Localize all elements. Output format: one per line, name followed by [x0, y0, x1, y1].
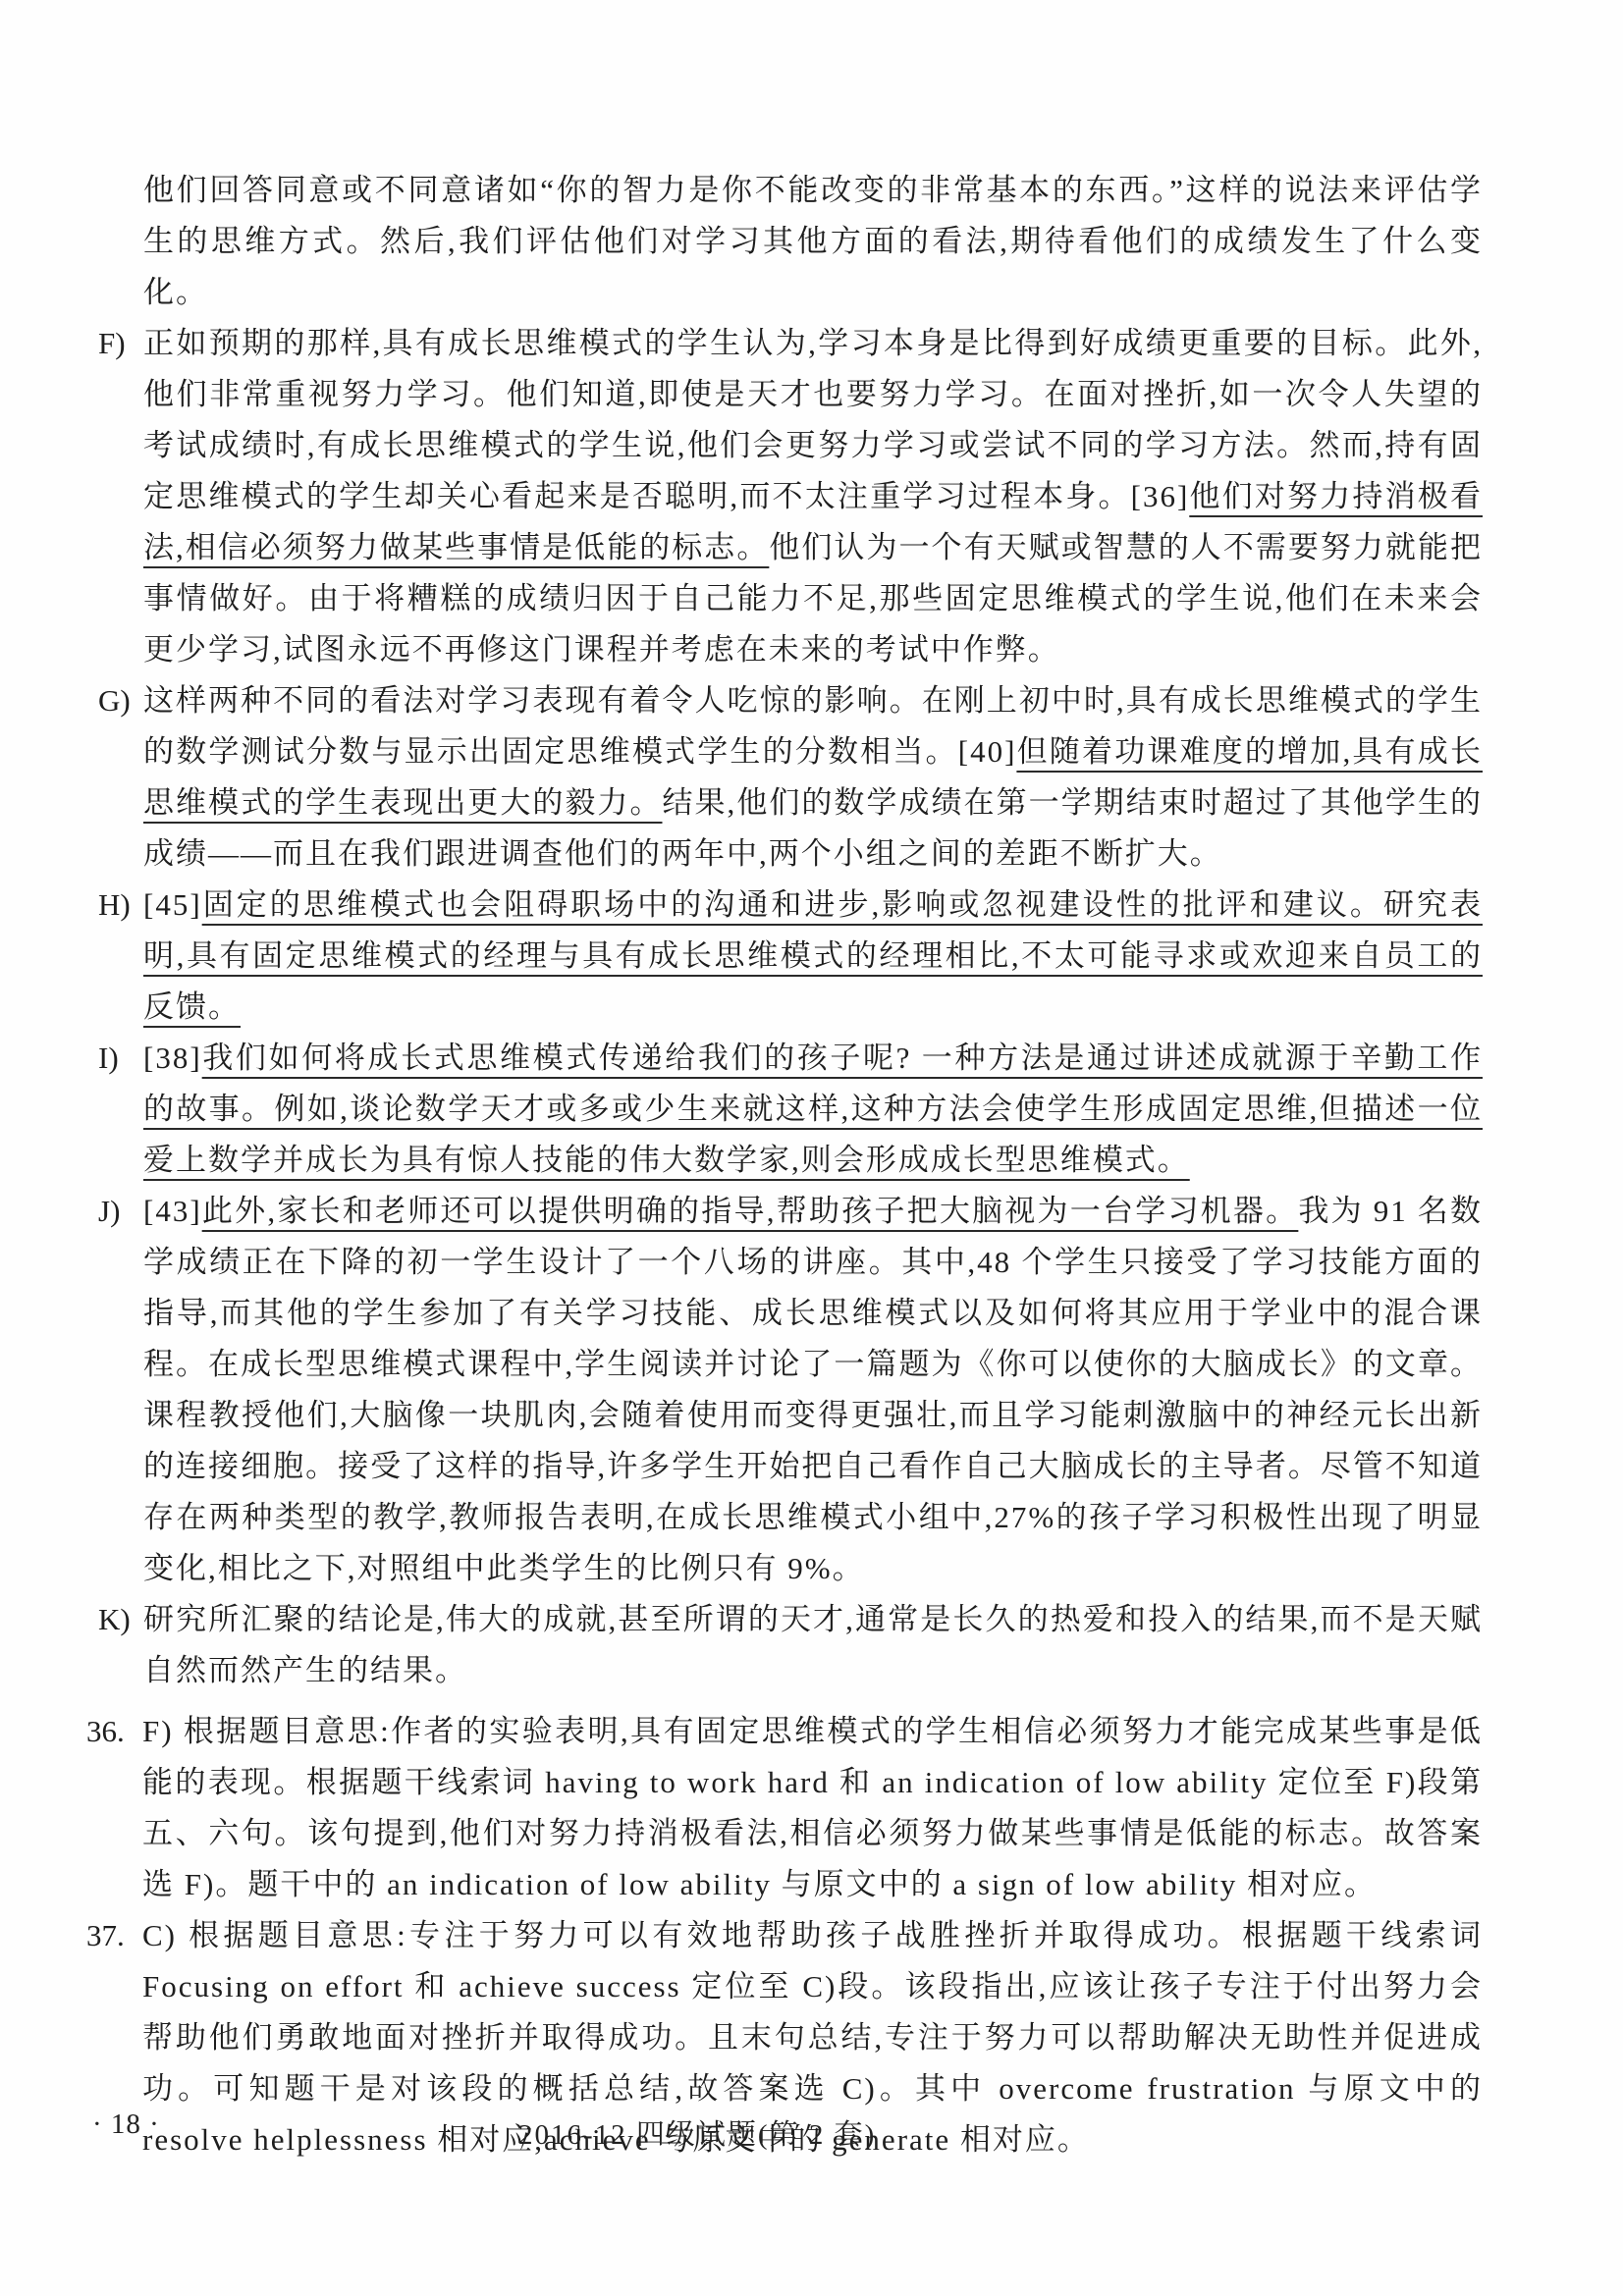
passage-translation-section: 他们回答同意或不同意诸如“你的智力是你不能改变的非常基本的东西。”这样的说法来评… — [98, 165, 1483, 1696]
paragraph-label: J) — [98, 1186, 120, 1237]
page-footer: · 18 · 2016-12 四级试题(第 2 套) — [98, 2109, 1483, 2152]
paragraph-G: G)这样两种不同的看法对学习表现有着令人吃惊的影响。在刚上初中时,具有成长思维模… — [98, 675, 1483, 880]
paragraph-label: 37. — [86, 1910, 125, 1961]
paragraph-label: H) — [98, 880, 131, 931]
paragraph-label: 36. — [86, 1706, 125, 1757]
footer-title: 2016-12 四级试题(第 2 套) — [518, 2112, 876, 2153]
page-number: · 18 · — [92, 2109, 160, 2141]
text-segment: F) 根据题目意思:作者的实验表明,具有固定思维模式的学生相信必须努力才能完成某… — [142, 1714, 1483, 1901]
paragraph-F: F)正如预期的那样,具有成长思维模式的学生认为,学习本身是比得到好成绩更重要的目… — [98, 318, 1483, 675]
text-segment: 他们回答同意或不同意诸如“你的智力是你不能改变的非常基本的东西。”这样的说法来评… — [143, 173, 1483, 309]
paragraph-J: J)[43]此外,家长和老师还可以提供明确的指导,帮助孩子把大脑视为一台学习机器… — [98, 1186, 1483, 1594]
paragraph-label: I) — [98, 1033, 119, 1084]
scanned-exam-page: 他们回答同意或不同意诸如“你的智力是你不能改变的非常基本的东西。”这样的说法来评… — [0, 0, 1623, 2296]
underlined-text-segment: 固定的思维模式也会阻碍职场中的沟通和进步,影响或忽视建设性的批评和建议。研究表明… — [143, 887, 1483, 1024]
text-segment: 我为 91 名数学成绩正在下降的初一学生设计了一个八场的讲座。其中,48 个学生… — [143, 1194, 1483, 1585]
paragraph-I: I)[38]我们如何将成长式思维模式传递给我们的孩子呢? 一种方法是通过讲述成就… — [98, 1033, 1483, 1186]
paragraph-label: K) — [98, 1594, 131, 1645]
answer-note-36: 36.F) 根据题目意思:作者的实验表明,具有固定思维模式的学生相信必须努力才能… — [86, 1706, 1483, 1910]
text-segment: [38] — [143, 1041, 202, 1075]
text-segment: 研究所汇聚的结论是,伟大的成就,甚至所谓的天才,通常是长久的热爱和投入的结果,而… — [143, 1602, 1483, 1687]
paragraph-0: 他们回答同意或不同意诸如“你的智力是你不能改变的非常基本的东西。”这样的说法来评… — [98, 165, 1483, 318]
paragraph-label: F) — [98, 318, 126, 369]
underlined-text-segment: 此外,家长和老师还可以提供明确的指导,帮助孩子把大脑视为一台学习机器。 — [202, 1194, 1299, 1228]
paragraph-label: G) — [98, 675, 131, 726]
answer-explanation-section: 36.F) 根据题目意思:作者的实验表明,具有固定思维模式的学生相信必须努力才能… — [98, 1706, 1483, 2165]
underlined-text-segment: 我们如何将成长式思维模式传递给我们的孩子呢? 一种方法是通过讲述成就源于辛勤工作… — [143, 1041, 1483, 1177]
paragraph-H: H)[45]固定的思维模式也会阻碍职场中的沟通和进步,影响或忽视建设性的批评和建… — [98, 880, 1483, 1033]
text-segment: [43] — [143, 1194, 202, 1228]
text-segment: [45] — [143, 887, 202, 922]
paragraph-K: K)研究所汇聚的结论是,伟大的成就,甚至所谓的天才,通常是长久的热爱和投入的结果… — [98, 1594, 1483, 1696]
page-content: 他们回答同意或不同意诸如“你的智力是你不能改变的非常基本的东西。”这样的说法来评… — [98, 165, 1483, 2165]
